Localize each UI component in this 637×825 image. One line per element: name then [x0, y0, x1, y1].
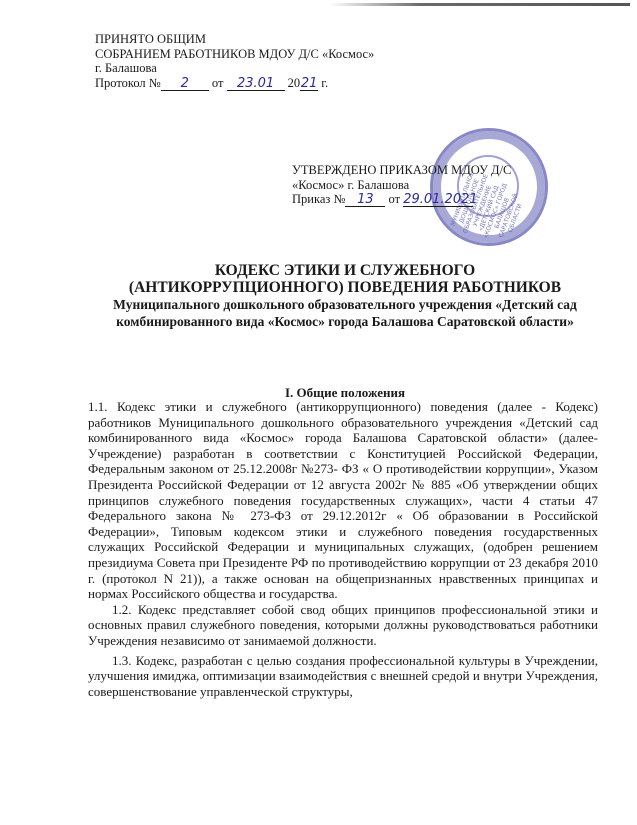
accepted-line-2: СОБРАНИЕМ РАБОТНИКОВ МДОУ Д/С «Космос»: [95, 47, 374, 62]
title-line-1: КОДЕКС ЭТИКИ И СЛУЖЕБНОГО: [90, 262, 600, 279]
paragraph-1-1: 1.1. Кодекс этики и служебного (антикорр…: [88, 399, 598, 602]
protocol-label: Протокол №: [95, 76, 161, 90]
protocol-date-label: от: [212, 76, 224, 90]
approved-line-1: УТВЕРЖДЕНО ПРИКАЗОМ МДОУ Д/С: [292, 163, 511, 178]
order-number: 13: [345, 194, 385, 207]
accepted-block: ПРИНЯТО ОБЩИМ СОБРАНИЕМ РАБОТНИКОВ МДОУ …: [95, 32, 374, 91]
approved-line-2: «Космос» г. Балашова: [292, 178, 511, 193]
scan-edge-shadow: [330, 3, 630, 6]
document-title: КОДЕКС ЭТИКИ И СЛУЖЕБНОГО (АНТИКОРРУПЦИО…: [90, 262, 600, 330]
order-line: Приказ №13 от 29.01.2021: [292, 192, 511, 207]
protocol-year-prefix: 20: [288, 76, 301, 90]
order-label: Приказ №: [292, 192, 345, 206]
approved-block: УТВЕРЖДЕНО ПРИКАЗОМ МДОУ Д/С «Космос» г.…: [292, 163, 511, 207]
paragraph-1-3: 1.3. Кодекс, разработан с целью создания…: [88, 653, 598, 700]
protocol-date: 23.01: [227, 78, 285, 91]
document-body: 1.1. Кодекс этики и служебного (антикорр…: [88, 399, 598, 699]
title-line-2: (АНТИКОРРУПЦИОННОГО) ПОВЕДЕНИЯ РАБОТНИКО…: [90, 279, 600, 296]
order-date-label: от: [389, 192, 401, 206]
order-date: 29.01.2021: [403, 194, 473, 207]
protocol-line: Протокол №2 от 23.01 2021 г.: [95, 76, 374, 91]
paragraph-1-2: 1.2. Кодекс представляет собой свод общи…: [88, 602, 598, 649]
protocol-number: 2: [161, 78, 209, 91]
protocol-year-unit: г.: [321, 76, 328, 90]
protocol-year-suffix: 21: [300, 78, 318, 91]
accepted-line-3: г. Балашова: [95, 61, 374, 76]
title-subtitle: Муниципального дошкольного образовательн…: [90, 296, 600, 330]
accepted-line-1: ПРИНЯТО ОБЩИМ: [95, 32, 374, 47]
